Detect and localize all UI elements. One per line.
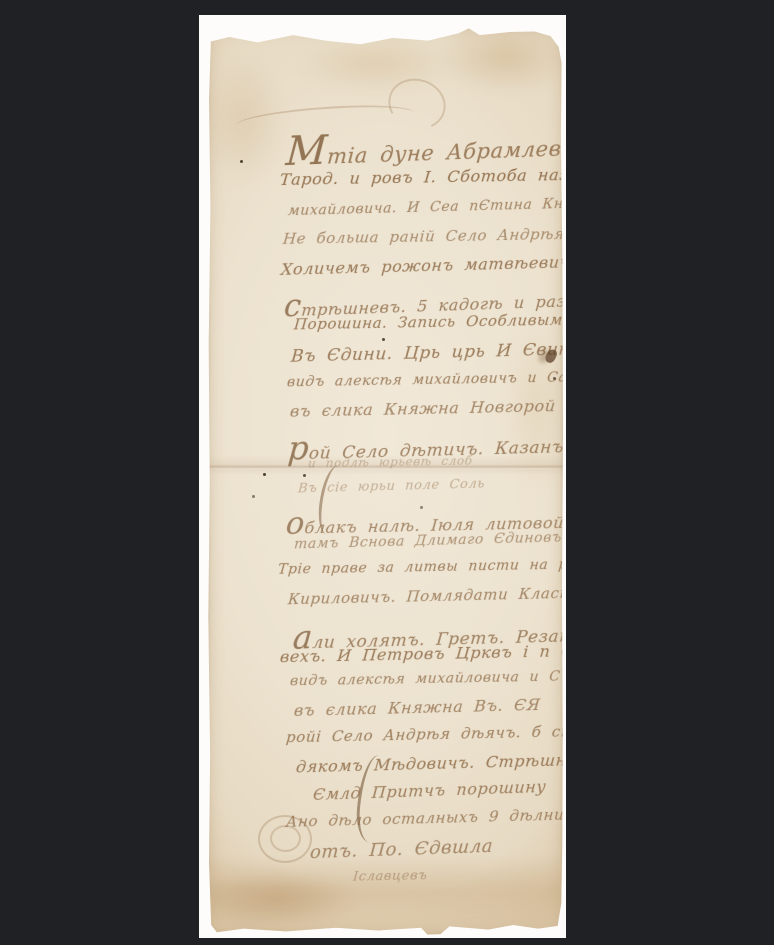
manuscript-line: видъ алексѣя михайловича и С xyxy=(289,669,561,690)
paper-stain-top-left xyxy=(200,55,285,185)
manuscript-line: въ єлика Княжна Въ. ЄЯ xyxy=(293,695,541,720)
manuscript-line: ройі Село Андрѣя дѣячъ. б стари xyxy=(285,722,606,747)
manuscript-line: Тріе праве за литвы писти на рали xyxy=(277,556,596,578)
manuscript-line-faint: Іславцевъ xyxy=(352,868,428,884)
screenshot-root: { "scene": { "background_color": "#20212… xyxy=(0,0,774,945)
manuscript-photo: Мтіа дуне Абрамлевъ. і по Тарод. и ровъ … xyxy=(199,15,566,938)
paper-waterstain-bottom xyxy=(208,855,563,935)
manuscript-line: Ано дѣло осталныхъ 9 дѣлнивъ xyxy=(285,805,585,831)
manuscript-line: Холичемъ рожонъ матвѣевичъ xyxy=(280,252,582,279)
manuscript-line: дякомъ Мѣдовичъ. Стрѣшн xyxy=(295,750,567,776)
paper-waterstain-bottom-left xyxy=(198,870,358,928)
paper-stain-top-right xyxy=(438,19,573,94)
ink-specks xyxy=(240,160,243,163)
manuscript-line-faint: и подлѣ юрьевѣ слоб xyxy=(307,454,473,471)
manuscript-line: Въ Єдини. Црь црь И Євини xyxy=(290,339,582,367)
manuscript-line: михайловича. И Сеа пЄтина Княжна xyxy=(287,195,609,219)
manuscript-line: Ємлд Притчъ порошину xyxy=(312,777,547,804)
manuscript-line-faint: Въ сіе юрьи поле Соль xyxy=(297,477,485,497)
manuscript-line: Не больша раній Село Андрѣя Иазъ xyxy=(282,224,618,248)
manuscript-line: видъ алексѣя михайловичъ и Са xyxy=(286,370,568,391)
manuscript-paper: Мтіа дуне Абрамлевъ. і по Тарод. и ровъ … xyxy=(208,27,563,935)
manuscript-line: Порошина. Запись Особливымъ xyxy=(293,311,574,334)
paper-stain-top-center xyxy=(296,35,456,93)
manuscript-line: въ єлика Княжна Новгорой xyxy=(289,396,556,421)
manuscript-line: Кириловичъ. Помлядати Класно xyxy=(287,584,580,609)
manuscript-line: отъ. По. Єдвшла xyxy=(309,836,494,863)
